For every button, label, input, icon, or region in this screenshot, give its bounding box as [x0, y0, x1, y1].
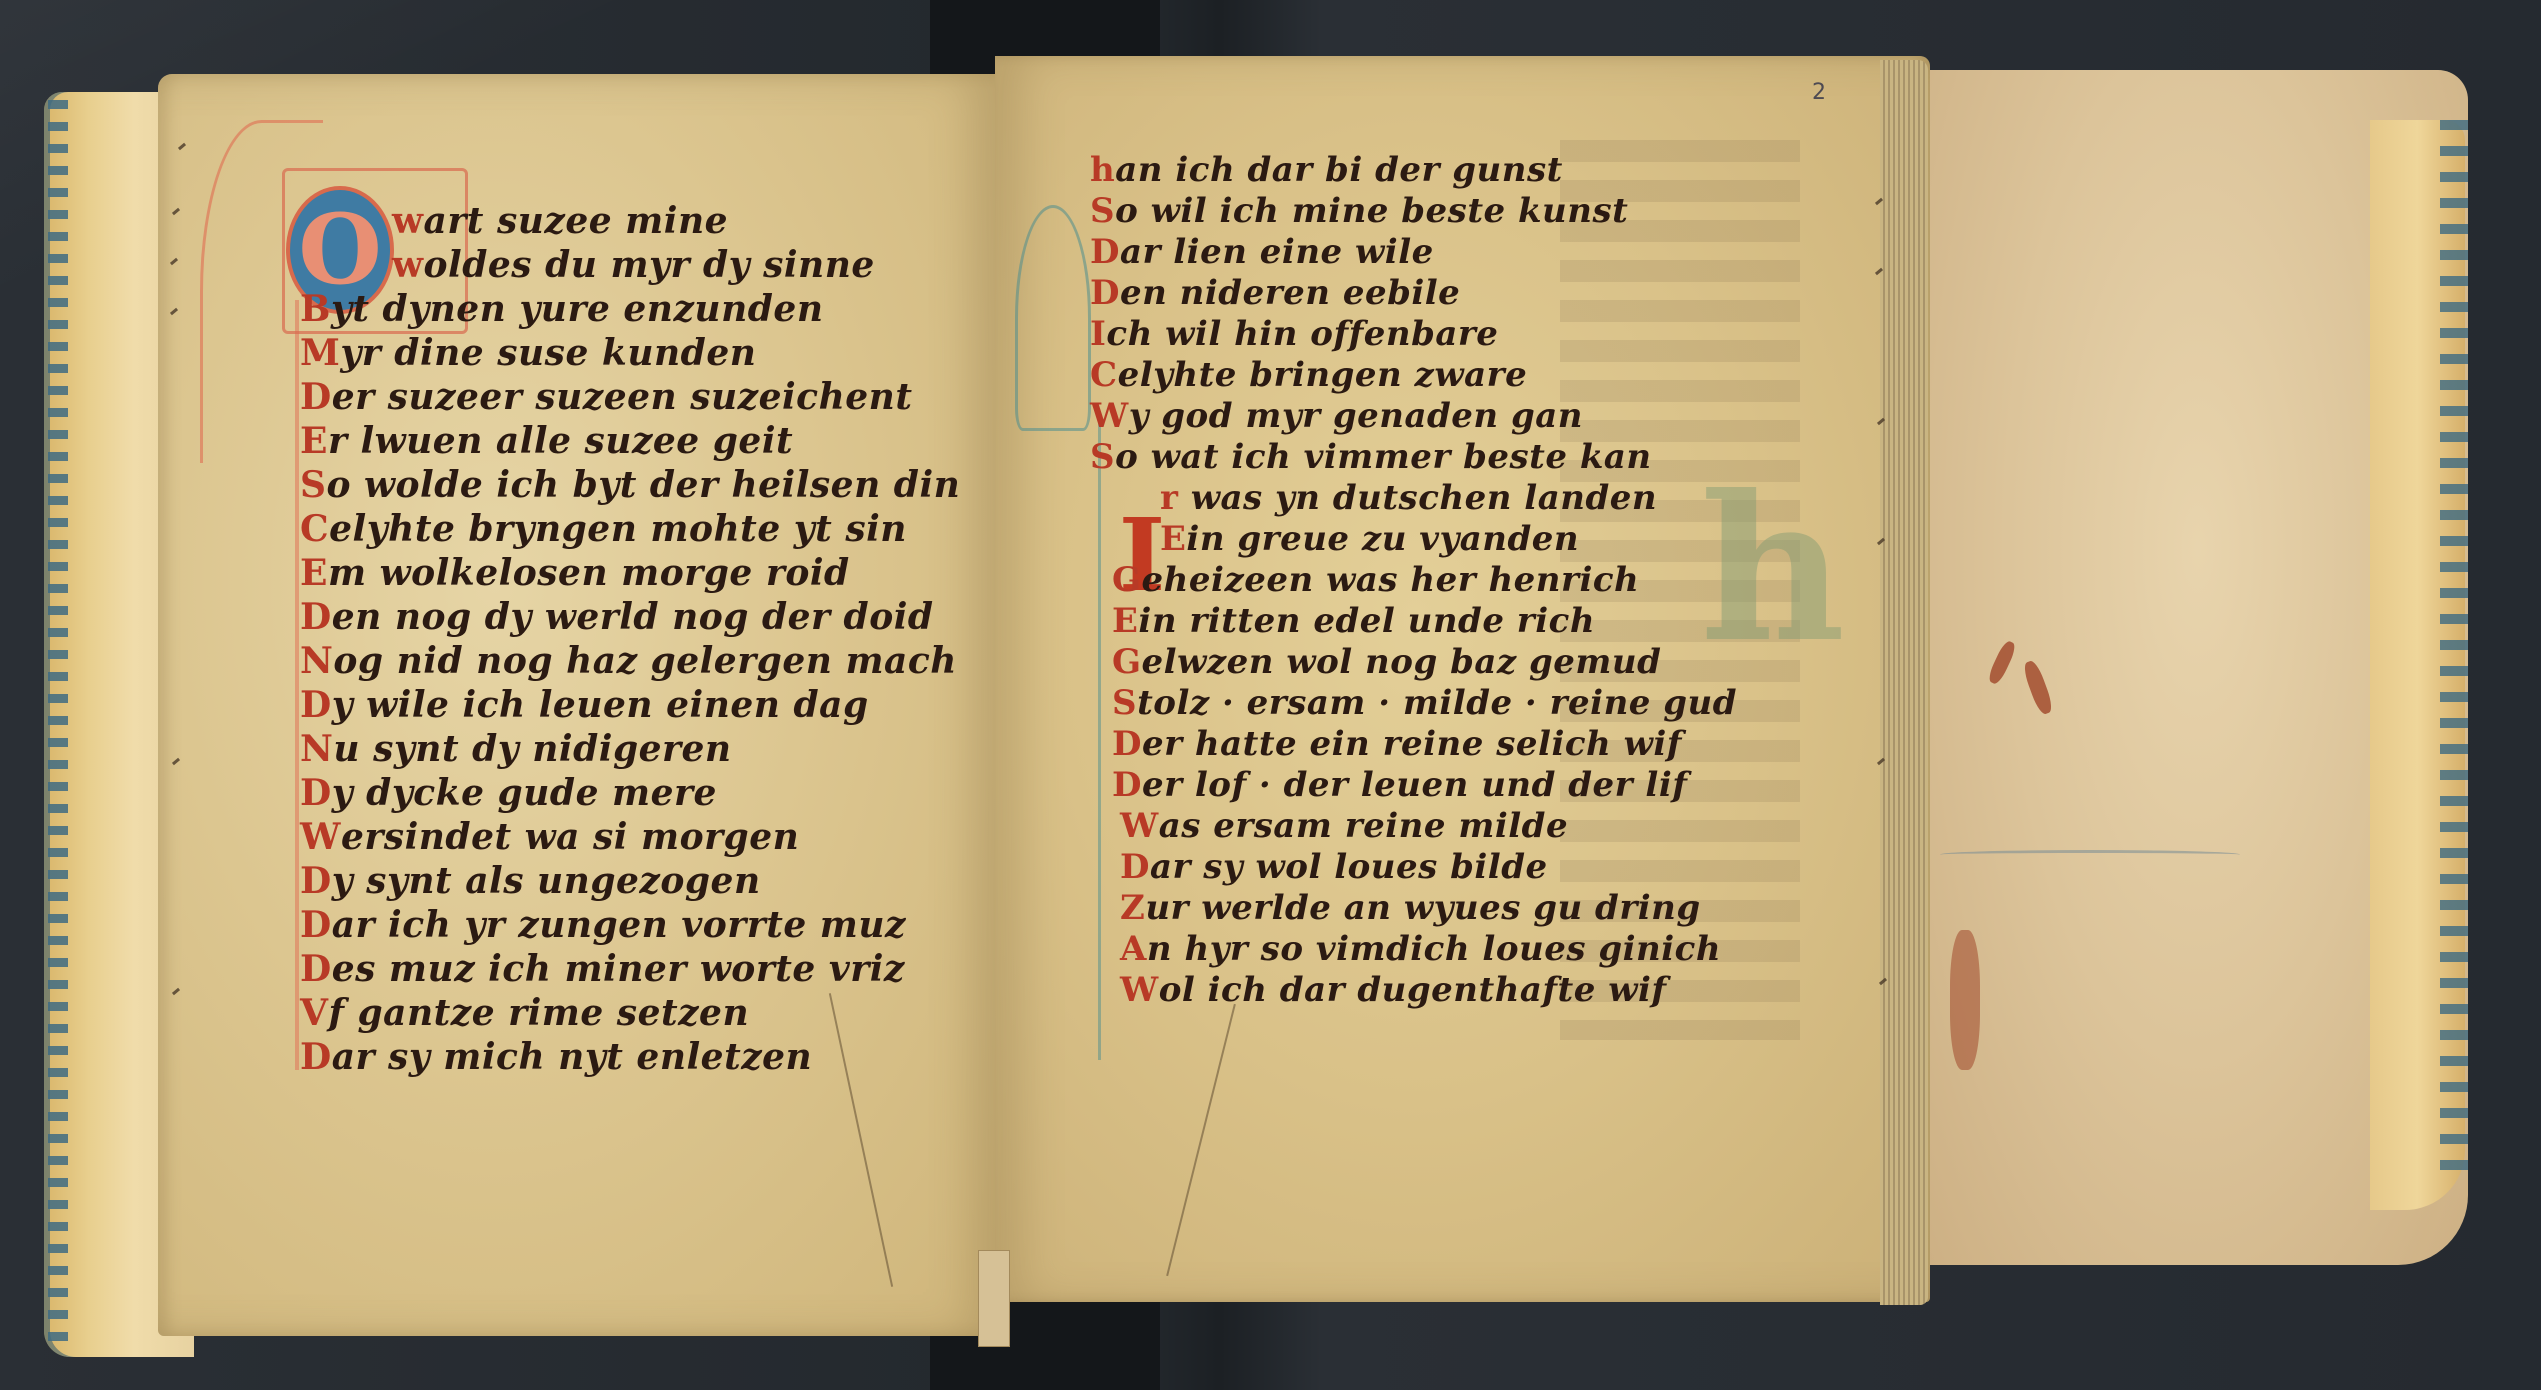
rubricated-letter: A: [1120, 929, 1147, 969]
rubricated-letter: D: [300, 376, 332, 418]
rubricated-letter: D: [300, 860, 332, 902]
text-line: Vf gantze rime setzen: [300, 992, 749, 1034]
rubricated-letter: D: [300, 596, 332, 638]
rubricated-letter: D: [300, 904, 332, 946]
text-line: So wolde ich byt der heilsen din: [300, 464, 960, 506]
text-line: woldes du myr dy sinne: [392, 244, 875, 286]
text-line: Stolz · ersam · milde · reine gud: [1112, 683, 1737, 723]
rubricated-letter: D: [1090, 232, 1120, 272]
rubricated-letter: N: [300, 640, 333, 682]
rubricated-letter: E: [300, 420, 328, 462]
text-line: Wy god myr genaden gan: [1090, 396, 1583, 436]
rubricated-letter: I: [1090, 314, 1106, 354]
rubricated-letter: r: [1160, 478, 1178, 518]
rubricated-letter: D: [1090, 273, 1120, 313]
text-line: Nu synt dy nidigeren: [300, 728, 732, 770]
rubricated-letter: W: [1090, 396, 1129, 436]
red-penwork-border: [295, 300, 299, 1070]
rubricated-letter: E: [1160, 519, 1186, 559]
text-line: Dar sy wol loues bilde: [1120, 847, 1548, 887]
text-line: Dar lien eine wile: [1090, 232, 1434, 272]
guard-strip: [978, 1250, 1010, 1347]
text-line: r was yn dutschen landen: [1160, 478, 1657, 518]
right-cover-stitching: [2440, 120, 2468, 1170]
rubricated-letter: C: [1090, 355, 1118, 395]
rubricated-letter: S: [1090, 437, 1115, 477]
rubricated-letter: D: [300, 772, 332, 814]
text-line: Dy dycke gude mere: [300, 772, 717, 814]
rubricated-letter: D: [300, 948, 332, 990]
text-line: Den nog dy werld nog der doid: [300, 596, 934, 638]
text-line: Was ersam reine milde: [1120, 806, 1568, 846]
text-line: Zur werlde an wyues gu dring: [1120, 888, 1701, 928]
rubricated-letter: w: [392, 200, 424, 242]
rubricated-letter: M: [300, 332, 340, 374]
text-line: Celyhte bringen zware: [1090, 355, 1527, 395]
left-page-text: wart suzee mine woldes du myr dy sinne B…: [300, 200, 940, 1100]
rubricated-letter: S: [300, 464, 327, 506]
folio-number: 2: [1812, 80, 1826, 105]
text-line: Wersindet wa si morgen: [300, 816, 799, 858]
rubricated-letter: E: [1112, 601, 1138, 641]
right-page-text: han ich dar bi der gunst So wil ich mine…: [1090, 150, 1790, 1050]
rubricated-letter: C: [300, 508, 329, 550]
rubricated-letter: W: [300, 816, 341, 858]
rubricated-letter: h: [1090, 150, 1115, 190]
rubricated-letter: W: [1120, 970, 1159, 1010]
red-stain: [1950, 930, 1980, 1070]
text-line: Der hatte ein reine selich wif: [1112, 724, 1682, 764]
text-line: So wil ich mine beste kunst: [1090, 191, 1628, 231]
teal-penwork-flourish: [1015, 205, 1091, 431]
text-line: wart suzee mine: [392, 200, 728, 242]
rubricated-letter: W: [1120, 806, 1159, 846]
text-line: Des muz ich miner worte vriz: [300, 948, 905, 990]
rubricated-letter: E: [300, 552, 328, 594]
text-line: Byt dynen yure enzunden: [300, 288, 824, 330]
rubricated-letter: G: [1112, 642, 1142, 682]
text-line: Dy wile ich leuen einen dag: [300, 684, 869, 726]
text-line: Nog nid nog haz gelergen mach: [300, 640, 957, 682]
rubricated-letter: D: [300, 1036, 332, 1078]
rubricated-letter: w: [392, 244, 424, 286]
rubricated-letter: V: [300, 992, 328, 1034]
rubricated-letter: N: [300, 728, 333, 770]
rubricated-letter: S: [1090, 191, 1115, 231]
text-line: Den nideren eebile: [1090, 273, 1460, 313]
text-line: Dar sy mich nyt enletzen: [300, 1036, 812, 1078]
text-line: Ich wil hin offenbare: [1090, 314, 1498, 354]
rubricated-letter: G: [1112, 560, 1142, 600]
text-line: Celyhte bryngen mohte yt sin: [300, 508, 907, 550]
rubricated-letter: Z: [1120, 888, 1145, 928]
rubricated-letter: B: [300, 288, 331, 330]
text-line: Em wolkelosen morge roid: [300, 552, 850, 594]
rubricated-letter: D: [1112, 765, 1142, 805]
rubricated-letter: D: [1120, 847, 1150, 887]
text-line: Der suzeer suzeen suzeichent: [300, 376, 912, 418]
text-line: Dar ich yr zungen vorrte muz: [300, 904, 906, 946]
rubricated-letter: S: [1112, 683, 1137, 723]
text-line: Er lwuen alle suzee geit: [300, 420, 793, 462]
cover-crease: [1940, 850, 2240, 859]
rubricated-letter: D: [1112, 724, 1142, 764]
text-block-edges: [1880, 60, 1928, 1305]
rubricated-letter: D: [300, 684, 332, 726]
text-line: Geheizeen was her henrich: [1112, 560, 1639, 600]
left-cover-stitching: [48, 100, 68, 1350]
text-line: Dy synt als ungezogen: [300, 860, 761, 902]
text-line: Ein greue zu vyanden: [1160, 519, 1579, 559]
text-line: Gelwzen wol nog baz gemud: [1112, 642, 1661, 682]
text-line: An hyr so vimdich loues ginich: [1120, 929, 1721, 969]
text-line: Ein ritten edel unde rich: [1112, 601, 1595, 641]
text-line: Der lof · der leuen und der lif: [1112, 765, 1687, 805]
text-line: han ich dar bi der gunst: [1090, 150, 1563, 190]
text-line: Myr dine suse kunden: [300, 332, 756, 374]
text-line: Wol ich dar dugenthafte wif: [1120, 970, 1667, 1010]
text-line: So wat ich vimmer beste kan: [1090, 437, 1652, 477]
